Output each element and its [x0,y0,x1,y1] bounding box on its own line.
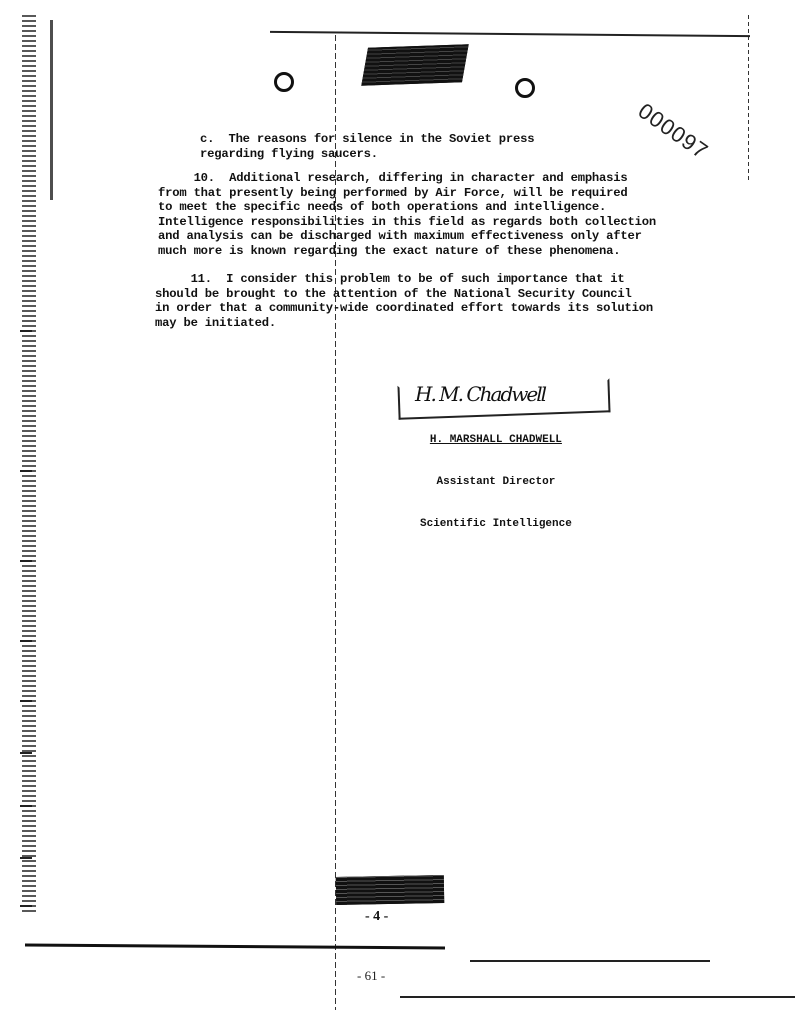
inner-page-number: - 4 - [365,909,388,925]
bottom-rule [25,944,445,950]
bottom-edge-rule [400,996,795,998]
scan-margin-line [50,20,53,200]
signer-name: H. MARSHALL CHADWELL [420,433,572,447]
scanned-document-page: 000097 c. The reasons for silence in the… [0,0,800,1015]
document-stamp-number: 000097 [633,98,713,165]
punch-hole-right [515,78,535,98]
scan-right-edge-line [748,15,749,180]
punch-hole-left [274,72,294,92]
signer-title: Assistant Director [420,475,572,489]
outer-page-number: - 61 - [357,968,385,984]
handwritten-signature: H. M. Chadwell [415,382,545,406]
paragraph-c: c. The reasons for silence in the Soviet… [200,132,534,161]
paragraph-11: 11. I consider this problem to be of suc… [155,272,653,330]
signer-office: Scientific Intelligence [420,517,572,531]
scan-left-edge-artifact [22,15,36,915]
top-rule [270,31,750,37]
bottom-rule-secondary [470,960,710,962]
signature-block: H. MARSHALL CHADWELL Assistant Director … [420,405,572,559]
paragraph-10: 10. Additional research, differing in ch… [158,171,656,258]
redaction-bottom [336,875,444,905]
redaction-top [361,44,468,85]
